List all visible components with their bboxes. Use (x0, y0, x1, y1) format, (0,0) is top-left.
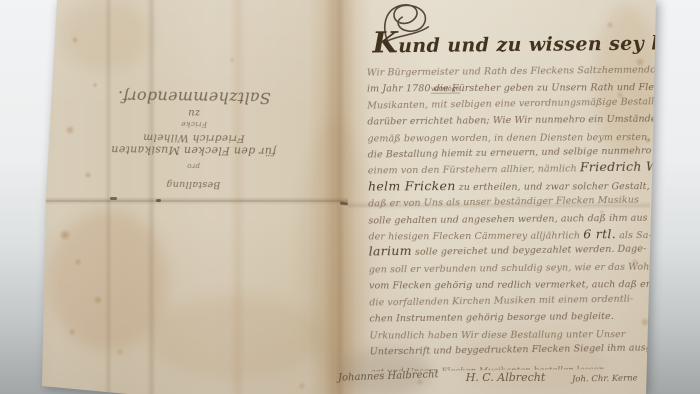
paper-shadow-wrap: Bestallung pro für den Flecken Musikante… (0, 0, 700, 394)
horizontal-fold-crease (42, 197, 348, 205)
photo-background: Bestallung pro für den Flecken Musikante… (0, 0, 700, 394)
fold-slit (340, 201, 348, 205)
signature: H. C. Albrecht (466, 371, 546, 384)
stain (48, 210, 168, 350)
signature: Johannes Halbrecht (338, 369, 439, 384)
emphasized-script: larium (369, 243, 412, 259)
manuscript-body: Wir Bürgermeister und Rath des Fleckens … (367, 61, 660, 371)
cover-title-line: Bestallung (166, 179, 220, 191)
fold-crease (104, 0, 112, 394)
manuscript-line: einem von den Fürstehern allhier, nämlic… (368, 160, 658, 179)
stain (300, 120, 370, 380)
manuscript-line: Wir Bürgermeister und Rath des Fleckens … (367, 61, 657, 80)
cover-title-line: zu (188, 107, 200, 118)
manuscript-paper: Bestallung pro für den Flecken Musikante… (0, 0, 700, 394)
fold-slit (156, 199, 161, 202)
emphasized-script: Friedrich Wil- (580, 159, 660, 175)
manuscript-line: gen soll er verbunden und schuldig seyn,… (369, 258, 659, 277)
cover-title-line: Saltzhemmendorf. (118, 87, 271, 108)
manuscript-line: darüber errichtet haben; Wie Wir nunmehr… (367, 111, 657, 130)
cover-title-line: für den Flecken Musikanten (111, 143, 276, 158)
stain (150, 295, 320, 380)
center-fold-crease (324, 0, 356, 394)
emphasized-script: 6 rtl. (583, 226, 616, 241)
emphasized-script: helm Fricken (368, 178, 456, 193)
manuscript-text-column: Kund und zu wissen sey hiemit, daß vermö… (366, 0, 660, 372)
cover-title-line: Fricke (181, 120, 207, 129)
signature-row: Johannes Halbrecht H. C. Albrecht Joh. C… (338, 371, 638, 384)
cover-title: Bestallung pro für den Flecken Musikante… (117, 39, 271, 191)
calligraphic-flourish-icon (378, 1, 440, 50)
cover-title-line: pro (187, 162, 200, 170)
cover-title-line: Friedrich Wilhelm (143, 131, 245, 144)
signature: Joh. Chr. Kerne (572, 373, 638, 384)
manuscript-line: chen Instrumenten gehörig besorge und be… (369, 308, 659, 327)
fold-slit (110, 197, 117, 200)
